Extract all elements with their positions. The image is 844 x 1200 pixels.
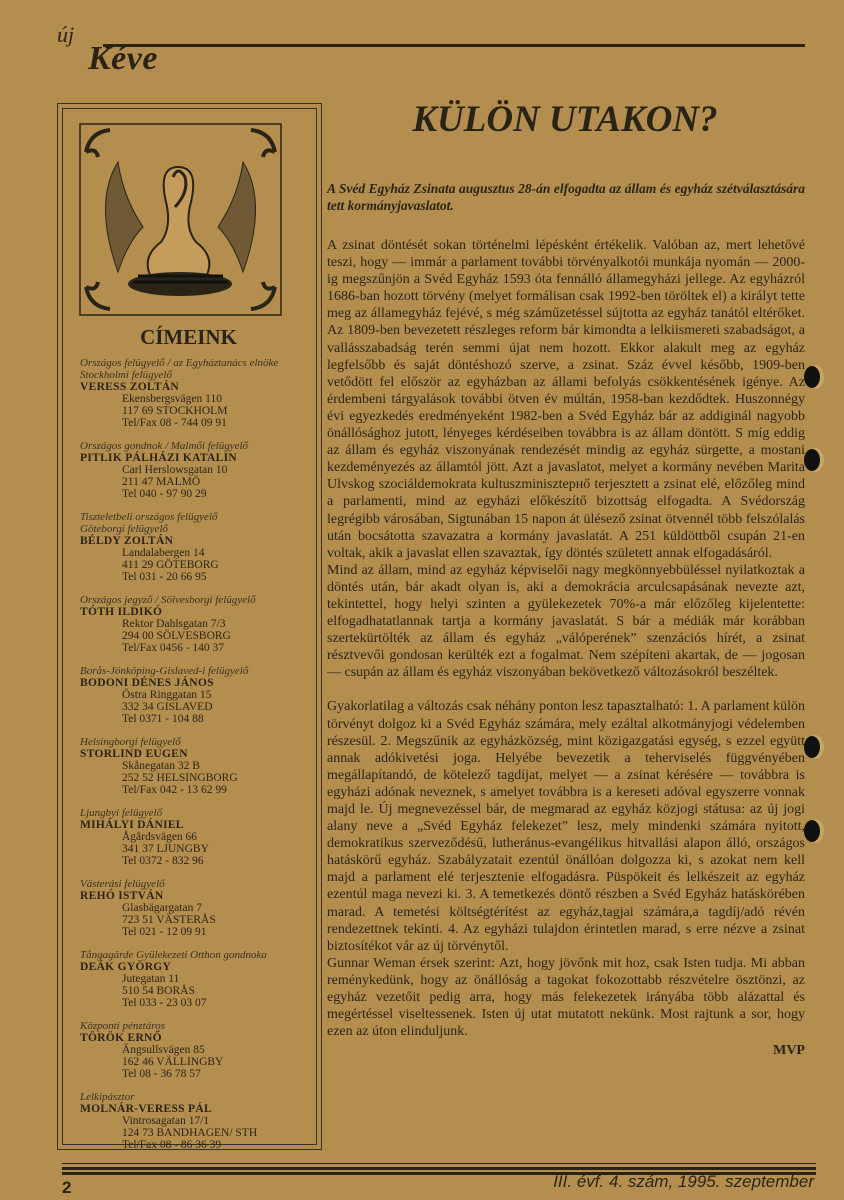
contact-address-line: Ågårdsvägen 66: [80, 831, 315, 843]
contact-address-line: 124 73 BANDHAGEN/ STH: [80, 1127, 315, 1139]
punch-hole-icon: [804, 449, 820, 471]
article-lead: A Svéd Egyház Zsinata augusztus 28-án el…: [327, 180, 805, 214]
contact-address-line: 117 69 STOCKHOLM: [80, 405, 315, 417]
contact-address-line: 411 29 GÖTEBORG: [80, 559, 315, 571]
contact-address-line: Östra Ringgatan 15: [80, 689, 315, 701]
contact-address-line: Glasbägargatan 7: [80, 902, 315, 914]
contact-name: BODONI DÉNES JÁNOS: [80, 677, 315, 689]
article-paragraph: A zsinat döntését sokan történelmi lépés…: [327, 237, 805, 562]
contact-role: Országos jegyző / Sölvesborgi felügyelő: [80, 594, 315, 606]
masthead: új Kéve: [55, 22, 805, 82]
contact-address-line: Tel/Fax 042 - 13 62 99: [80, 784, 315, 796]
article-paragraph: Gyakorlatilag a változás csak néhány pon…: [327, 698, 805, 954]
contact-name: REHÓ ISTVÁN: [80, 890, 315, 902]
contact-name: MIHÁLYI DÁNIEL: [80, 819, 315, 831]
contact-address-line: 211 47 MALMÖ: [80, 476, 315, 488]
contact-role: Ljungbyi felügyelő: [80, 807, 315, 819]
article-paragraph: Gunnar Weman érsek szerint: Azt, hogy jö…: [327, 955, 805, 1040]
contact-address-line: Tel 08 - 36 78 57: [80, 1068, 315, 1080]
contact-entry: Ljungbyi felügyelőMIHÁLYI DÁNIELÅgårdsvä…: [80, 807, 315, 867]
contact-name: VERESS ZOLTÁN: [80, 381, 315, 393]
contact-address-line: Ekensbergsvägen 110: [80, 393, 315, 405]
contact-address-line: 332 34 GISLAVED: [80, 701, 315, 713]
contact-entry: Tångagärde Gyülekezeti Otthon gondnokaDE…: [80, 949, 315, 1009]
contact-address-line: Rektor Dahlsgatan 7/3: [80, 618, 315, 630]
article-signature: MVP: [327, 1042, 805, 1059]
pelican-emblem-icon: [78, 122, 283, 317]
contact-address-line: Landalabergen 14: [80, 547, 315, 559]
contact-address-line: 341 37 LJUNGBY: [80, 843, 315, 855]
contact-entry: Tiszteletbeli országos felügyelőGöteborg…: [80, 511, 315, 583]
contact-address-line: 162 46 VÄLLINGBY: [80, 1056, 315, 1068]
contact-name: TÓTH ILDIKÓ: [80, 606, 315, 618]
contact-address-line: Vintrosagatan 17/1: [80, 1115, 315, 1127]
contact-role: Helsingborgi felügyelő: [80, 736, 315, 748]
article-paragraph: Mind az állam, mind az egyház képviselői…: [327, 562, 805, 682]
contact-entry: LelkipásztorMOLNÁR-VERESS PÁLVintrosagat…: [80, 1091, 315, 1151]
contact-entry: Országos gondnok / Malmői felügyelőPITLI…: [80, 440, 315, 500]
contact-address-line: Tel 031 - 20 66 95: [80, 571, 315, 583]
masthead-title: Kéve: [88, 40, 158, 78]
contact-address-line: Tel/Fax 08 - 86 36 39: [80, 1139, 315, 1151]
contact-role: Stockholmi felügyelő: [80, 369, 315, 381]
contact-name: PITLIK PÁLHÁZI KATALIN: [80, 452, 315, 464]
contact-role: Központi pénztáros: [80, 1020, 315, 1032]
contact-address-line: 252 52 HELSINGBORG: [80, 772, 315, 784]
contact-name: STORLIND EUGEN: [80, 748, 315, 760]
contact-address-line: Carl Herslowsgatan 10: [80, 464, 315, 476]
contact-address-line: 723 51 VÄSTERÅS: [80, 914, 315, 926]
contact-address-line: Tel 040 - 97 90 29: [80, 488, 315, 500]
contact-role: Lelkipásztor: [80, 1091, 315, 1103]
contact-role: Göteborgi felügyelő: [80, 523, 315, 535]
contact-address-line: Tel/Fax 08 - 744 09 91: [80, 417, 315, 429]
contact-role: Borås-Jönköping-Gislaved-i felügyelő: [80, 665, 315, 677]
contact-name: MOLNÁR-VERESS PÁL: [80, 1103, 315, 1115]
punch-hole-icon: [804, 736, 820, 758]
issue-info: III. évf. 4. szám, 1995. szeptember: [553, 1172, 814, 1192]
footer-rule: [62, 1163, 816, 1164]
contact-address-line: Tel 0372 - 832 96: [80, 855, 315, 867]
contact-entry: Központi pénztárosTÖRÖK ERNŐÄngsullsväge…: [80, 1020, 315, 1080]
contact-role: Országos felügyelő / az Egyháztanács eln…: [80, 357, 315, 369]
contact-address-line: 510 54 BORÅS: [80, 985, 315, 997]
masthead-rule: [103, 44, 805, 47]
contact-address-line: Tel 033 - 23 03 07: [80, 997, 315, 1009]
masthead-prefix: új: [57, 22, 74, 48]
contact-address-line: Skånegatan 32 B: [80, 760, 315, 772]
contact-address-line: Tel 0371 - 104 88: [80, 713, 315, 725]
contact-role: Tiszteletbeli országos felügyelő: [80, 511, 315, 523]
contact-address-line: 294 00 SÖLVESBORG: [80, 630, 315, 642]
contact-address-line: Tel/Fax 0456 - 140 37: [80, 642, 315, 654]
contact-name: BÉLDY ZOLTÁN: [80, 535, 315, 547]
contact-entry: Västerási felügyelőREHÓ ISTVÁNGlasbägarg…: [80, 878, 315, 938]
article-body: A zsinat döntését sokan történelmi lépés…: [327, 237, 805, 1059]
contact-name: TÖRÖK ERNŐ: [80, 1032, 315, 1044]
article-title: KÜLÖN UTAKON?: [320, 98, 810, 141]
contact-name: DEÁK GYÖRGY: [80, 961, 315, 973]
contact-address-line: Tel 021 - 12 09 91: [80, 926, 315, 938]
contact-list: Országos felügyelő / az Egyháztanács eln…: [80, 357, 315, 1162]
contact-address-line: Jutegatan 11: [80, 973, 315, 985]
contact-entry: Helsingborgi felügyelőSTORLIND EUGENSkån…: [80, 736, 315, 796]
page-number: 2: [62, 1178, 71, 1198]
contact-entry: Országos jegyző / Sölvesborgi felügyelőT…: [80, 594, 315, 654]
contact-address-line: Ängsullsvägen 85: [80, 1044, 315, 1056]
contact-role: Västerási felügyelő: [80, 878, 315, 890]
punch-hole-icon: [804, 820, 820, 842]
contact-role: Országos gondnok / Malmői felügyelő: [80, 440, 315, 452]
punch-hole-icon: [804, 366, 820, 388]
contact-role: Tångagärde Gyülekezeti Otthon gondnoka: [80, 949, 315, 961]
footer-rule: [62, 1167, 816, 1170]
contact-entry: Országos felügyelő / az Egyháztanács eln…: [80, 357, 315, 429]
contact-entry: Borås-Jönköping-Gislaved-i felügyelőBODO…: [80, 665, 315, 725]
addresses-heading: CÍMEINK: [60, 325, 317, 350]
